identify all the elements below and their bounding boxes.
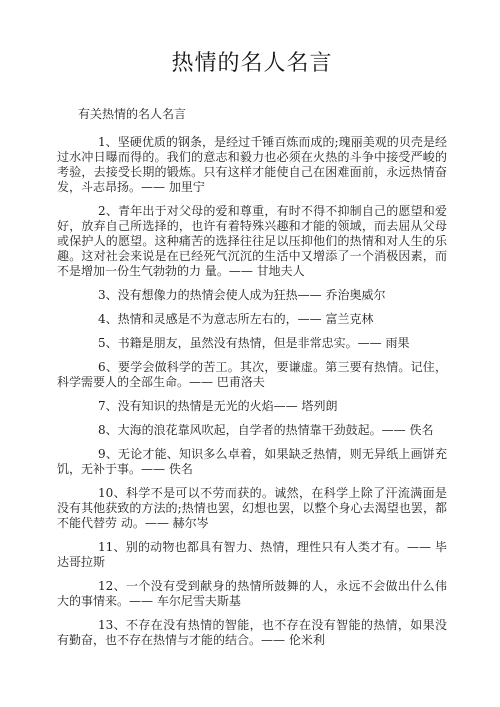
quote-paragraph-1: 1、坚硬优质的钢条，是经过千锤百炼而成的;瑰丽美观的贝壳是经过水冲日曝而得的。我… [57, 135, 447, 195]
quote-paragraph-5: 5、书籍是朋友，虽然没有热情，但是非常忠实。—— 雨果 [57, 336, 447, 351]
quote-paragraph-11: 11、别的动物也都具有智力、热情，理性只有人类才有。—— 毕达哥拉斯 [57, 540, 447, 570]
quote-paragraph-10: 10、科学不是可以不劳而获的。诚然，在科学上除了汗流满面是没有其他获致的方法的;… [57, 486, 447, 531]
quote-paragraph-6: 6、要学会做科学的苦工。其次，要谦虚。第三要有热情。记住，科学需要人的全部生命。… [57, 360, 447, 390]
quote-paragraph-7: 7、没有知识的热情是无光的火焰—— 塔列朗 [57, 399, 447, 414]
quote-paragraph-2: 2、青年出于对父母的爱和尊重，有时不得不抑制自己的愿望和爱好，放弃自己所选择的，… [57, 204, 447, 279]
quote-paragraph-9: 9、无论才能、知识多么卓着，如果缺乏热情，则无异纸上画饼充饥，无补于事。—— 佚… [57, 447, 447, 477]
document-page: 热情的名人名言 有关热情的名人名言 1、坚硬优质的钢条，是经过千锤百炼而成的;瑰… [0, 0, 500, 707]
document-title: 热情的名人名言 [57, 48, 447, 80]
section-heading: 有关热情的名人名言 [78, 107, 447, 122]
quote-paragraph-8: 8、大海的浪花靠风吹起，自学者的热情靠干劲鼓起。—— 佚名 [57, 423, 447, 438]
quote-paragraph-13: 13、不存在没有热情的智能，也不存在没有智能的热情，如果没有勤奋，也不存在热情与… [57, 618, 447, 648]
quote-paragraph-12: 12、一个没有受到献身的热情所鼓舞的人，永远不会做出什么伟大的事情来。—— 车尔… [57, 579, 447, 609]
quote-list: 1、坚硬优质的钢条，是经过千锤百炼而成的;瑰丽美观的贝壳是经过水冲日曝而得的。我… [57, 135, 447, 648]
quote-paragraph-4: 4、热情和灵感是不为意志所左右的，—— 富兰克林 [57, 312, 447, 327]
quote-paragraph-3: 3、没有想像力的热情会使人成为狂热—— 乔治奥威尔 [57, 288, 447, 303]
